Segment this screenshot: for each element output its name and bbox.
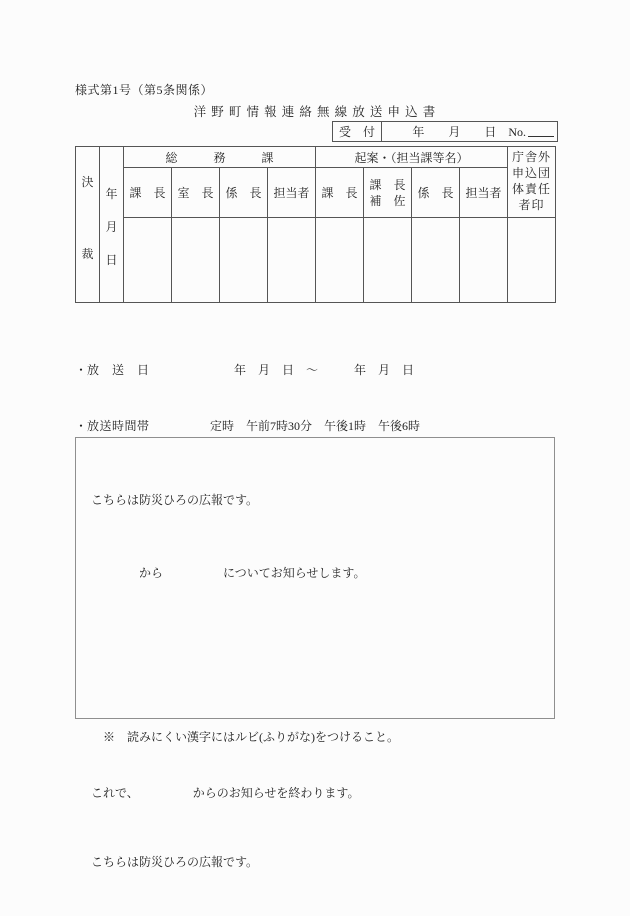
role-kian-kachohosa: 課 長 補 佐 — [364, 168, 412, 218]
role-somu-shitsucho: 室 長 — [172, 168, 220, 218]
date-year-char: 年 — [105, 185, 117, 202]
date-day-char: 日 — [105, 251, 117, 268]
broadcast-message-box: こちらは防災ひろの広報です。 から についてお知らせします。 これで、 からのお… — [75, 437, 555, 719]
item-broadcast-date-label: 放送日 — [87, 361, 149, 380]
item-broadcast-time-value: 定時 午前7時30分 午後1時 午後6時 — [210, 419, 420, 433]
role-kian-kacho: 課 長 — [316, 168, 364, 218]
bullet-icon: ・ — [75, 417, 87, 436]
group-header-somuka: 総 務 課 — [124, 147, 316, 168]
reception-box: 受 付 年 月 日 No. — [332, 121, 558, 142]
page-title: 洋 野 町 情 報 連 絡 無 線 放 送 申 込 書 — [0, 102, 630, 120]
group-header-kian: 起案・（担当課等名） — [316, 147, 508, 168]
item-broadcast-date-value: 年 月 日 ～ 年 月 日 — [210, 363, 414, 377]
role-somu-tantosha: 担当者 — [268, 168, 316, 218]
role-kian-kachohosa-line1: 課 長 — [369, 178, 405, 192]
item-broadcast-date: ・放送日 年 月 日 ～ 年 月 日 — [75, 361, 575, 380]
role-kian-tantosha: 担当者 — [460, 168, 508, 218]
role-kian-kachohosa-line2: 補 佐 — [369, 194, 405, 208]
kessai-char-top: 決 — [81, 173, 93, 190]
approval-table: 決 裁 年 月 日 総 務 課 起案・（担当課等名） 庁舎外申込団体責任者印 課… — [75, 146, 556, 303]
form-id-label: 様式第1号（第5条関係） — [75, 81, 213, 98]
approval-kessai-cell: 決 裁 — [76, 147, 100, 303]
bullet-icon: ・ — [75, 361, 87, 380]
message-ending-line: こちらは防災ひろの広報です。 — [91, 853, 554, 872]
stamp-cell-somu-kacho — [124, 218, 172, 303]
stamp-cell-outside-seal — [508, 218, 556, 303]
stamp-cell-kian-kakaricho — [412, 218, 460, 303]
stamp-cell-kian-kacho — [316, 218, 364, 303]
reception-date-field: 年 月 日 No. — [382, 122, 557, 141]
role-somu-kakaricho: 係 長 — [220, 168, 268, 218]
stamp-cell-somu-tantosha — [268, 218, 316, 303]
approval-date-cell: 年 月 日 — [100, 147, 124, 303]
furigana-footnote: ※ 読みにくい漢字にはルビ(ふりがな)をつけること。 — [103, 728, 399, 745]
reception-label: 受 付 — [333, 122, 382, 141]
form-document-page: 様式第1号（第5条関係） 洋 野 町 情 報 連 絡 無 線 放 送 申 込 書… — [0, 0, 630, 916]
message-closing-line: これで、 からのお知らせを終わります。 — [91, 784, 554, 803]
reception-no-blank-line — [528, 126, 554, 137]
reception-date-text: 年 月 日 No. — [412, 123, 526, 140]
kessai-char-bottom: 裁 — [81, 245, 93, 262]
stamp-cell-somu-shitsucho — [172, 218, 220, 303]
item-broadcast-time-label: 放送時間帯 — [87, 417, 149, 436]
role-somu-kacho: 課 長 — [124, 168, 172, 218]
stamp-cell-somu-kakaricho — [220, 218, 268, 303]
outside-responsible-seal-header: 庁舎外申込団体責任者印 — [508, 147, 556, 218]
message-announce-line: から についてお知らせします。 — [91, 564, 554, 583]
message-opening-line: こちらは防災ひろの広報です。 — [91, 491, 554, 510]
date-month-char: 月 — [105, 218, 117, 235]
stamp-cell-kian-tantosha — [460, 218, 508, 303]
stamp-cell-kian-kachohosa — [364, 218, 412, 303]
role-kian-kakaricho: 係 長 — [412, 168, 460, 218]
item-broadcast-time: ・放送時間帯定時 午前7時30分 午後1時 午後6時 — [75, 417, 575, 436]
